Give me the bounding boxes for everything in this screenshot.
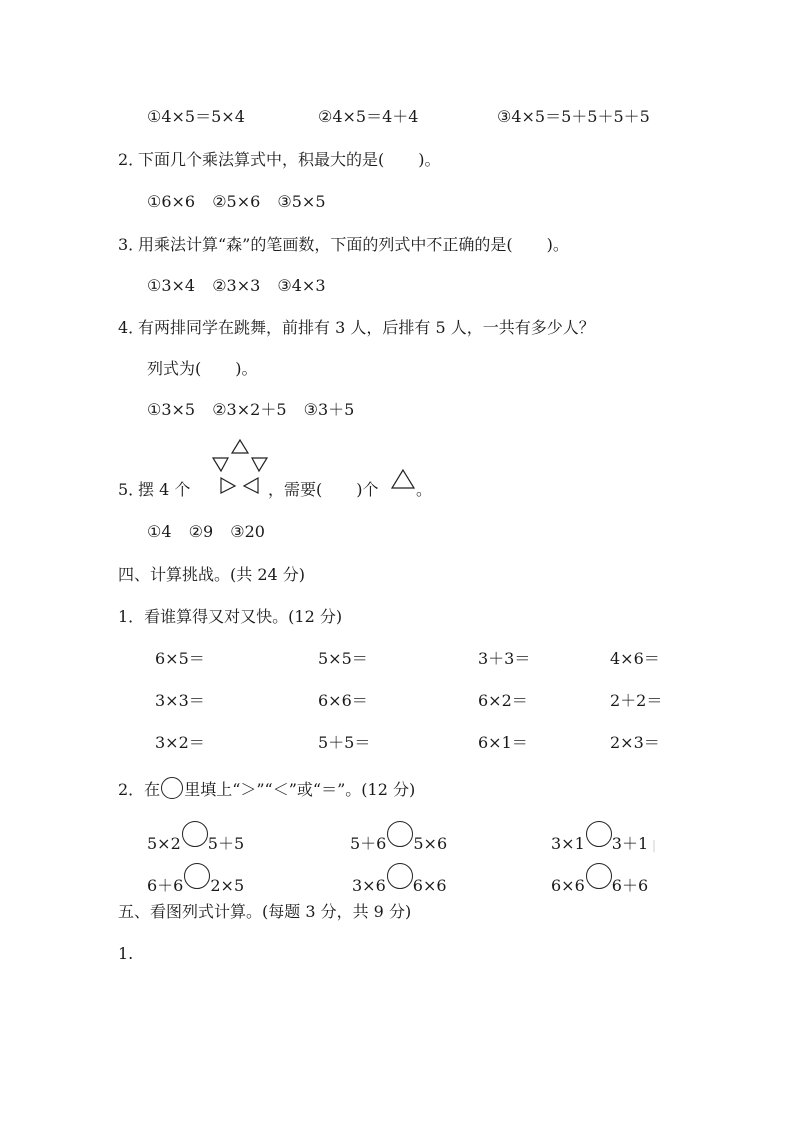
calc-item: 3×2＝ (155, 733, 205, 753)
q1-option-2: ②4×5＝4＋4 (318, 107, 418, 126)
q2-option-3: ③5×5 (277, 192, 325, 211)
q5-question: 5．摆 4 个 (118, 480, 190, 500)
q5-number: 5． (118, 480, 138, 500)
q4-options: ①3×5 ②3×2＋5 ③3＋5 (147, 400, 354, 420)
q2-text: 下面几个乘法算式中，积最大的是( (138, 150, 384, 169)
compare-item: 6×66＋6 (551, 863, 648, 896)
q3-number: 3． (118, 235, 138, 255)
section5-title: 五、看图列式计算。(每题 3 分，共 9 分) (118, 902, 411, 922)
compare-left: 5＋6 (350, 834, 386, 853)
compare-item: 3×13＋1 | (551, 821, 656, 855)
q5-question-end: 。 (416, 480, 432, 500)
calc-item: 3×3＝ (155, 691, 205, 711)
q4-question: 4．有两排同学在跳舞，前排有 3 人，后排有 5 人，一共有多少人？ (118, 318, 595, 338)
compare-circle-input[interactable] (586, 821, 612, 847)
q3-text: 用乘法计算“森”的笔画数，下面的列式中不正确的是( (138, 235, 513, 254)
calc-item: 6×2＝ (478, 691, 528, 711)
q5-question-rest: ，需要()个 (268, 480, 379, 500)
q4-option-3: ③3＋5 (304, 400, 355, 419)
compare-right: 5×6 (413, 834, 447, 853)
compare-circle-input[interactable] (184, 863, 210, 889)
q3-options: ①3×4 ②3×3 ③4×3 (147, 276, 326, 296)
calc-item: 4×6＝ (610, 649, 660, 669)
q2-options: ①6×6 ②5×6 ③5×5 (147, 192, 326, 212)
q5-text-a: 摆 4 个 (138, 480, 190, 499)
compare-right: 2×5 (210, 876, 244, 895)
q1-options: ①4×5＝5×4 (147, 107, 245, 127)
q4-number: 4． (118, 318, 138, 338)
q2-text-end: )。 (418, 150, 440, 169)
section4-part2-title: 2．在里填上“＞”“＜”或“＝”。(12 分) (118, 777, 415, 800)
q5-text-b: ，需要( (268, 480, 322, 499)
q3-text-end: )。 (547, 235, 569, 254)
compare-item: 3×66×6 (352, 863, 447, 896)
compare-circle-input[interactable] (586, 863, 612, 889)
compare-right: 3＋1 (612, 834, 648, 853)
q5-options: ①4 ②9 ③20 (147, 522, 265, 542)
compare-right: 5＋5 (208, 834, 244, 853)
triangle-star-figure-icon (209, 438, 271, 496)
q5-option-3: ③20 (230, 522, 265, 541)
section4-title: 四、计算挑战。(共 24 分) (118, 565, 305, 585)
edge-mark: | (648, 838, 656, 852)
q5-option-1: ①4 (147, 522, 172, 541)
q3-option-3: ③4×3 (277, 276, 325, 295)
compare-circle-input[interactable] (182, 821, 208, 847)
q5-text-d: 。 (416, 480, 432, 499)
q4-text2-end: )。 (235, 359, 257, 378)
compare-left: 6＋6 (147, 876, 183, 895)
calc-item: 6×1＝ (478, 733, 528, 753)
triangle-icon (390, 468, 416, 490)
compare-right: 6×6 (413, 876, 447, 895)
q3-question: 3．用乘法计算“森”的笔画数，下面的列式中不正确的是()。 (118, 235, 569, 255)
q5-text-c: )个 (356, 480, 378, 499)
q2-option-2: ②5×6 (212, 192, 260, 211)
q1-option-3: ③4×5＝5＋5＋5＋5 (497, 107, 650, 126)
compare-circle-input[interactable] (387, 821, 413, 847)
section5-item1: 1. (118, 944, 133, 964)
calc-item: 6×5＝ (155, 649, 205, 669)
q5-option-2: ②9 (189, 522, 214, 541)
q4-option-2: ②3×2＋5 (212, 400, 286, 419)
calc-item: 2×3＝ (610, 733, 660, 753)
calc-item: 2＋2＝ (610, 691, 662, 711)
compare-left: 3×1 (551, 834, 585, 853)
compare-left: 5×2 (147, 834, 181, 853)
section4-part1-title: 1．看谁算得又对又快。(12 分) (118, 607, 342, 627)
calc-item: 3＋3＝ (478, 649, 530, 669)
calc-item: 5＋5＝ (318, 733, 370, 753)
q2-option-1: ①6×6 (147, 192, 195, 211)
q2-number: 2． (118, 150, 138, 170)
q4-question-line2: 列式为()。 (147, 359, 258, 379)
compare-left: 3×6 (352, 876, 386, 895)
q4-text: 有两排同学在跳舞，前排有 3 人，后排有 5 人，一共有多少人？ (138, 318, 595, 337)
compare-item: 5＋65×6 (350, 821, 447, 854)
q2-question: 2．下面几个乘法算式中，积最大的是()。 (118, 150, 441, 170)
circle-icon (161, 777, 183, 799)
q4-option-1: ①3×5 (147, 400, 195, 419)
q1-option-1: ①4×5＝5×4 (147, 107, 245, 126)
calc-item: 5×5＝ (318, 649, 368, 669)
compare-item: 6＋62×5 (147, 863, 244, 896)
q1-option-3-line: ③4×5＝5＋5＋5＋5 (497, 107, 650, 127)
calc-item: 6×6＝ (318, 691, 368, 711)
q1-option-2-line: ②4×5＝4＋4 (318, 107, 418, 127)
q4-text2: 列式为( (147, 359, 201, 378)
q3-option-2: ②3×3 (212, 276, 260, 295)
part2-title-a: 2．在 (118, 780, 160, 799)
q3-option-1: ①3×4 (147, 276, 195, 295)
compare-left: 6×6 (551, 876, 585, 895)
compare-right: 6＋6 (612, 876, 648, 895)
compare-circle-input[interactable] (387, 863, 413, 889)
compare-item: 5×25＋5 (147, 821, 244, 854)
part2-title-b: 里填上“＞”“＜”或“＝”。(12 分) (184, 780, 415, 799)
